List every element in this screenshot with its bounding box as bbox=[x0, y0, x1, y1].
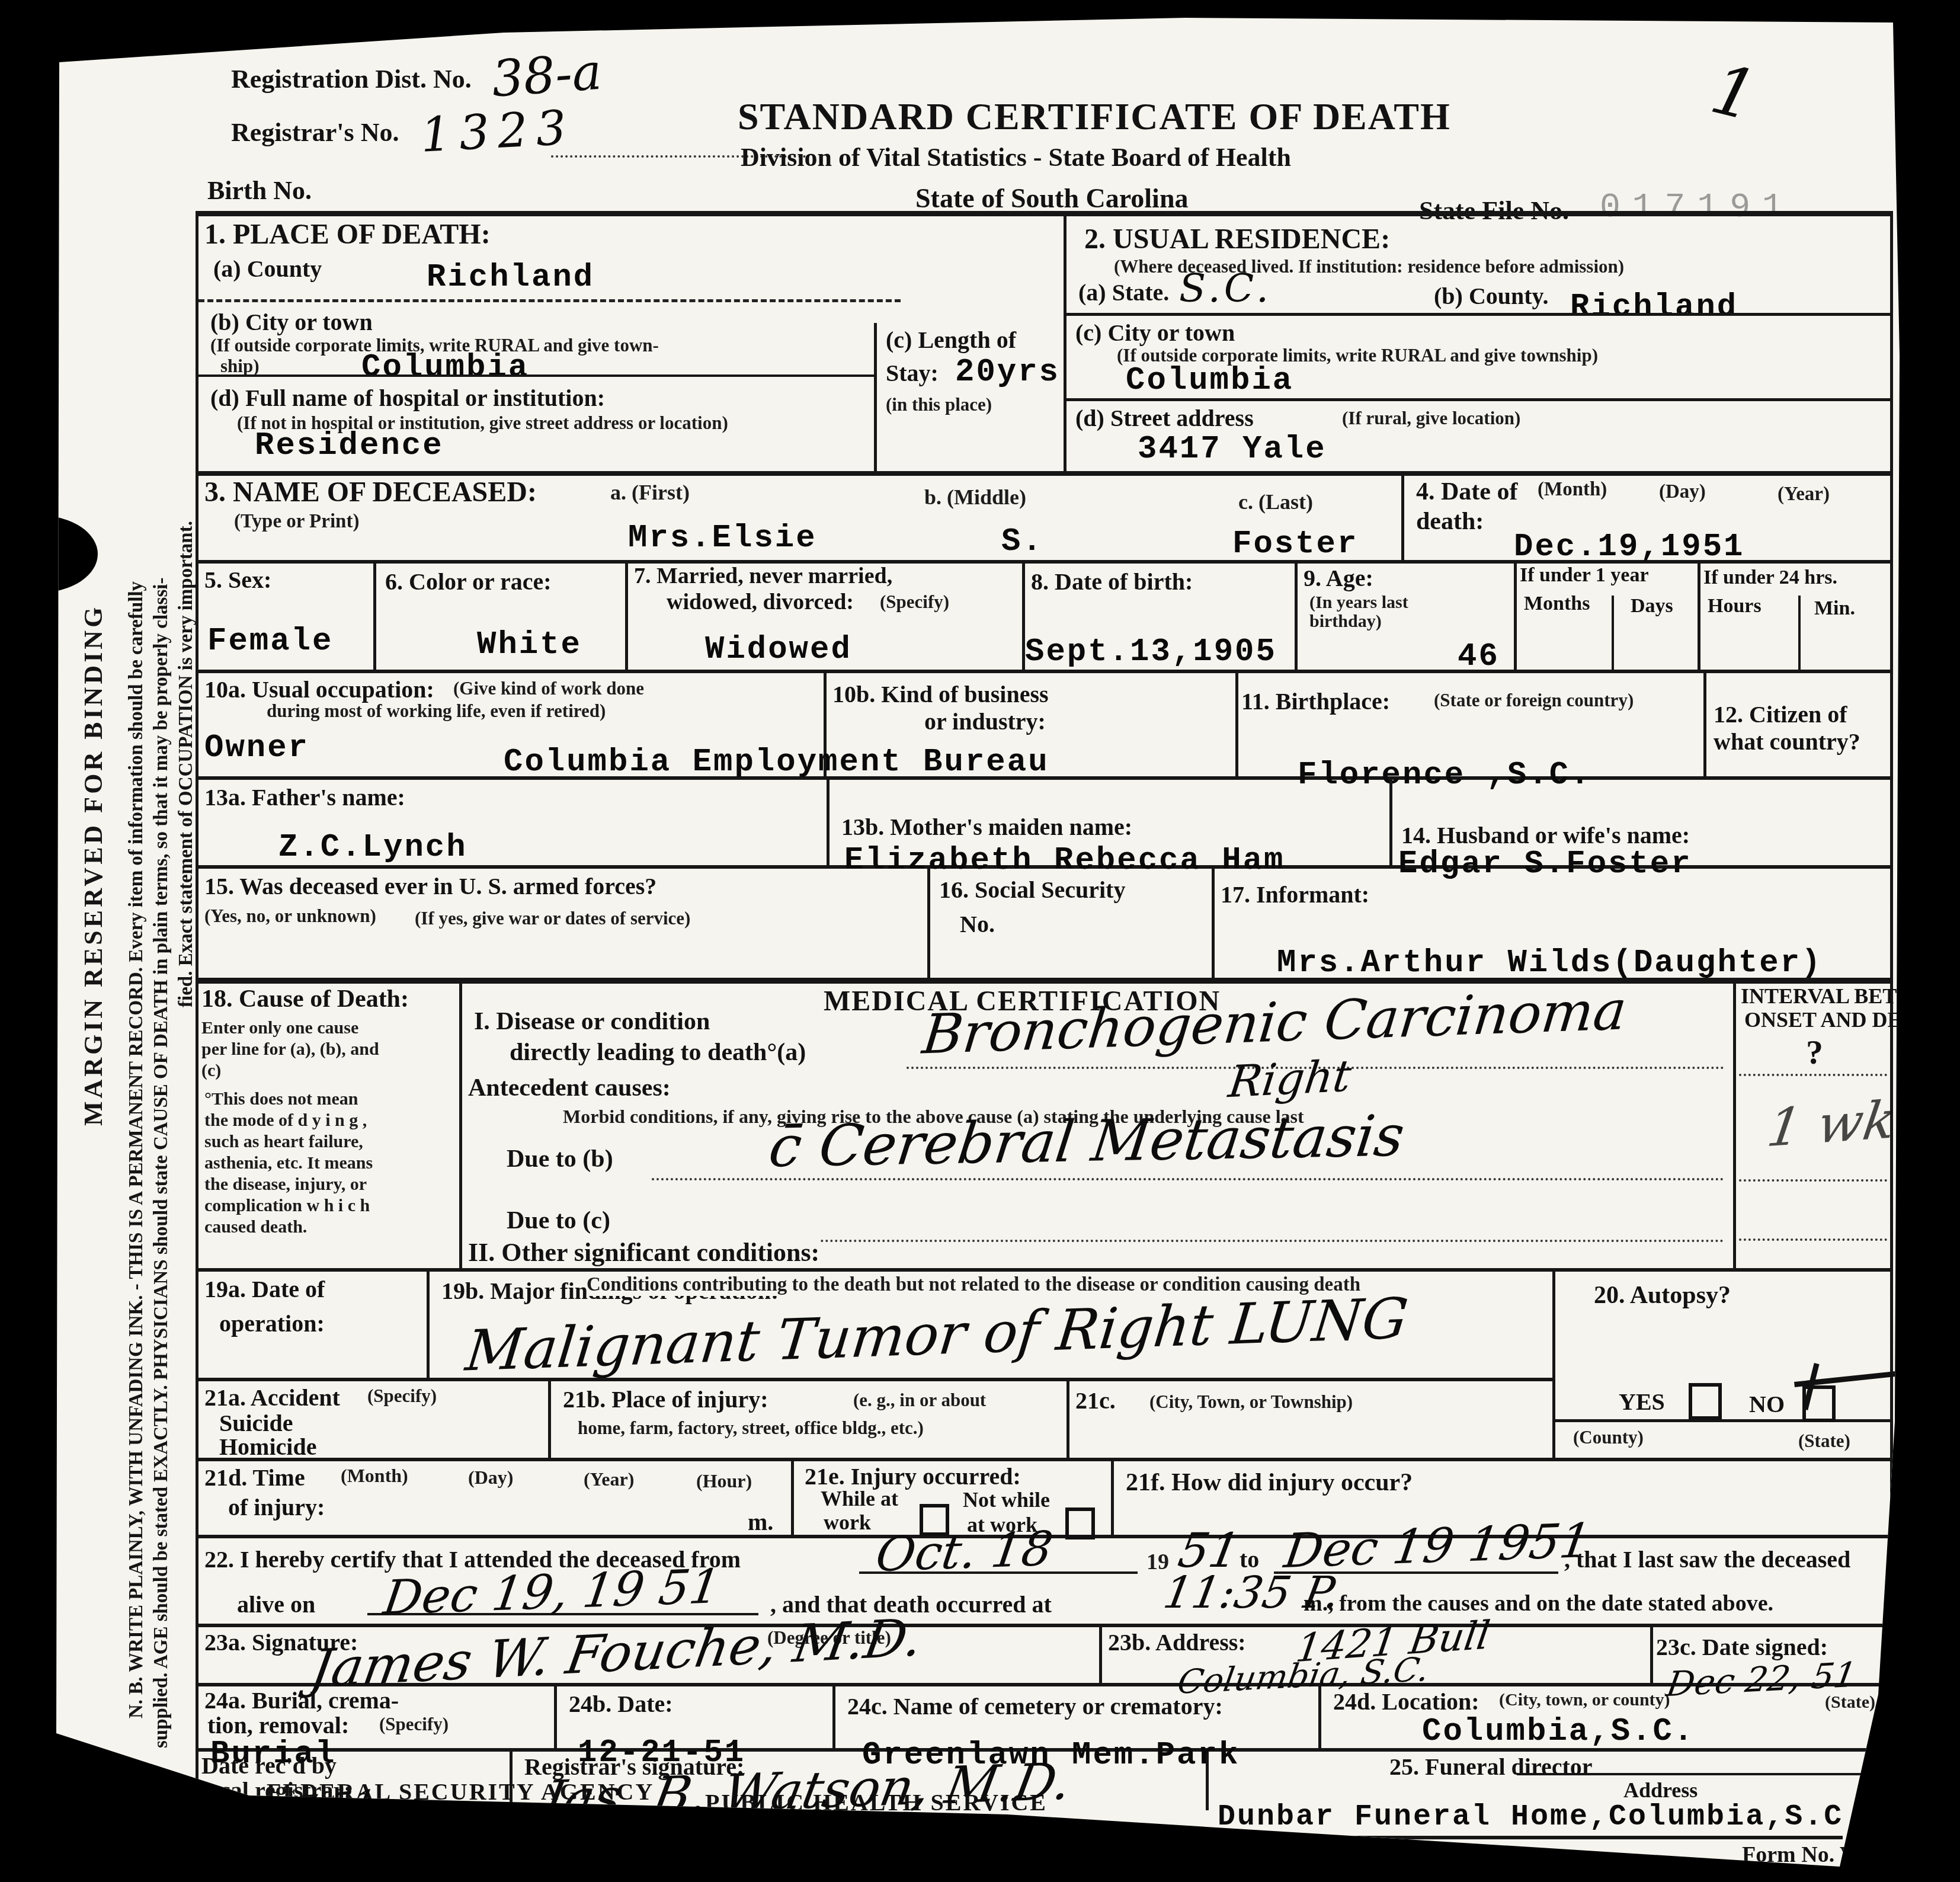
certificate-title: STANDARD CERTIFICATE OF DEATH bbox=[738, 95, 1451, 139]
time-of-injury-hour: (Hour) bbox=[696, 1470, 752, 1492]
name-first-value: Mrs.Elsie bbox=[628, 520, 817, 556]
burial-date-label: 24b. Date: bbox=[569, 1690, 673, 1718]
length-of-stay-label-1: (c) Length of bbox=[886, 326, 1016, 354]
date-of-death-year: (Year) bbox=[1778, 484, 1830, 505]
date-of-operation-label-2: operation: bbox=[219, 1310, 325, 1337]
rule bbox=[1650, 1624, 1653, 1683]
spouse-name-value: Edgar S.Foster bbox=[1398, 846, 1692, 882]
under-1-year-label: If under 1 year bbox=[1520, 564, 1649, 587]
social-security-label-1: 16. Social Security bbox=[939, 876, 1125, 904]
interval-label-1: INTERVAL BETWEEN bbox=[1741, 984, 1960, 1009]
corner-handwritten-mark: 1 bbox=[1703, 49, 1764, 137]
business-label-1: 10b. Kind of business bbox=[832, 680, 1049, 708]
date-of-birth-value: Sept.13,1905 bbox=[1025, 634, 1277, 670]
cause-note-7: asthenia, etc. It means bbox=[204, 1153, 373, 1173]
certify-from-date-handwritten: Oct. 18 bbox=[873, 1521, 1056, 1582]
name-middle-value: S. bbox=[1001, 524, 1043, 560]
rule bbox=[1698, 560, 1700, 670]
hospital-value: Residence bbox=[255, 428, 444, 464]
autopsy-yes-checkbox[interactable] bbox=[1689, 1383, 1722, 1420]
citizen-label-2: what country? bbox=[1714, 728, 1860, 756]
cause-note-6: such as heart failure, bbox=[204, 1132, 363, 1152]
certify-time-handwritten: 11:35 P. bbox=[1160, 1567, 1343, 1618]
date-of-death-month: (Month) bbox=[1538, 479, 1607, 501]
days-label: Days bbox=[1631, 595, 1673, 617]
rule bbox=[1212, 865, 1215, 978]
cause-note-10: caused death. bbox=[204, 1217, 307, 1237]
city-note-2: ship) bbox=[220, 356, 259, 377]
cause-note-8: the disease, injury, or bbox=[204, 1174, 367, 1195]
time-of-injury-day: (Day) bbox=[468, 1467, 513, 1489]
date-of-death-day: (Day) bbox=[1659, 481, 1706, 503]
antecedent-label: Antecedent causes: bbox=[468, 1074, 671, 1102]
residence-county-label: (b) County. bbox=[1434, 282, 1548, 310]
rule bbox=[1295, 560, 1298, 670]
place-of-injury-label: 21b. Place of injury: bbox=[563, 1385, 768, 1413]
occupation-value: Owner bbox=[204, 730, 309, 766]
time-of-injury-m: m. bbox=[748, 1508, 773, 1536]
rule bbox=[1064, 211, 1067, 471]
rule bbox=[791, 1458, 794, 1535]
under-24-hrs-label: If under 24 hrs. bbox=[1703, 566, 1837, 589]
name-last-value: Foster bbox=[1232, 526, 1358, 562]
residence-county-value: Richland bbox=[1570, 289, 1738, 325]
accident-specify-note: (Specify) bbox=[367, 1385, 437, 1407]
sex-value: Female bbox=[207, 623, 333, 660]
due-to-b-value-handwritten: c̄ Cerebral Metastasis bbox=[766, 1103, 1408, 1180]
name-last-label: c. (Last) bbox=[1238, 489, 1313, 514]
marital-note: (Specify) bbox=[880, 591, 949, 613]
business-label-2: or industry: bbox=[924, 708, 1046, 735]
rule bbox=[1215, 1836, 1843, 1839]
mothers-maiden-name-value: Elizabeth Rebecca Ham bbox=[844, 843, 1285, 879]
rule bbox=[1235, 670, 1238, 776]
rule bbox=[196, 471, 1893, 476]
color-race-value: White bbox=[477, 627, 582, 663]
rule bbox=[196, 1458, 1893, 1461]
length-of-stay-label-2: Stay: bbox=[886, 359, 939, 387]
occupation-label: 10a. Usual occupation: bbox=[204, 676, 434, 703]
certify-alive-on: alive on bbox=[237, 1590, 315, 1618]
burial-specify-note: (Specify) bbox=[379, 1714, 449, 1735]
rule bbox=[1514, 560, 1517, 670]
registration-district-label: Registration Dist. No. bbox=[231, 64, 472, 94]
birthplace-note: (State or foreign country) bbox=[1434, 690, 1634, 711]
autopsy-label: 20. Autopsy? bbox=[1594, 1281, 1731, 1310]
other-significant-conditions-label: II. Other significant conditions: bbox=[468, 1237, 819, 1268]
date-of-death-label-2: death: bbox=[1416, 507, 1484, 536]
county-label: (a) County bbox=[213, 255, 322, 283]
marital-label-2: widowed, divorced: bbox=[667, 589, 854, 615]
armed-forces-note-2: (If yes, give war or dates of service) bbox=[415, 908, 690, 929]
occupation-note-1: (Give kind of work done bbox=[453, 678, 644, 699]
while-at-label: While at bbox=[821, 1486, 898, 1511]
rule bbox=[198, 299, 901, 302]
rule bbox=[1739, 1074, 1887, 1076]
cause-note-2: per line for (a), (b), and bbox=[201, 1039, 379, 1060]
burial-location-value: Columbia,S.C. bbox=[1422, 1714, 1695, 1750]
time-of-injury-month: (Month) bbox=[341, 1465, 408, 1487]
color-race-label: 6. Color or race: bbox=[385, 568, 552, 596]
rule bbox=[1703, 670, 1706, 776]
injury-city-note: (City, Town, or Township) bbox=[1149, 1391, 1353, 1413]
residence-state-value: S.C. bbox=[1179, 265, 1272, 311]
not-while-label: Not while bbox=[963, 1487, 1050, 1512]
rule bbox=[1612, 596, 1614, 670]
street-address-value: 3417 Yale bbox=[1138, 431, 1327, 468]
funeral-director-value: Dunbar Funeral Home,Columbia,S.C. bbox=[1218, 1800, 1863, 1834]
length-of-stay-note: (in this place) bbox=[886, 394, 992, 415]
city-value: Columbia bbox=[361, 350, 529, 386]
city-or-town-label: (b) City or town bbox=[210, 308, 373, 336]
birthplace-label: 11. Birthplace: bbox=[1241, 687, 1390, 715]
certify-text-4: m., from the causes and on the date stat… bbox=[1304, 1590, 1773, 1617]
footer-form-number: Form No. VS-5 bbox=[1742, 1842, 1887, 1868]
date-of-death-label-1: 4. Date of bbox=[1416, 478, 1517, 506]
certify-19-printed: 19 bbox=[1146, 1549, 1169, 1575]
min-label: Min. bbox=[1814, 597, 1855, 620]
rule bbox=[554, 1683, 557, 1748]
due-to-c-label: Due to (c) bbox=[507, 1206, 610, 1235]
sex-label: 5. Sex: bbox=[204, 566, 271, 594]
date-of-birth-label: 8. Date of birth: bbox=[1031, 568, 1193, 596]
date-received-handwritten: 12 27 51 bbox=[206, 1781, 379, 1839]
disease-label-1: I. Disease or condition bbox=[474, 1007, 710, 1036]
time-of-injury-label-2: of injury: bbox=[228, 1493, 325, 1521]
rule bbox=[1099, 1624, 1102, 1683]
injury-city-label: 21c. bbox=[1075, 1387, 1116, 1414]
due-to-b-label: Due to (b) bbox=[507, 1145, 613, 1173]
rule bbox=[1389, 776, 1392, 865]
while-at-work-label: work bbox=[824, 1510, 871, 1535]
rule bbox=[198, 375, 874, 377]
certificate-subtitle: Division of Vital Statistics - State Boa… bbox=[741, 142, 1291, 172]
rule bbox=[427, 1268, 430, 1378]
marital-value: Widowed bbox=[705, 632, 852, 668]
date-of-operation-label-1: 19a. Date of bbox=[204, 1275, 325, 1303]
hours-label: Hours bbox=[1708, 595, 1762, 617]
rule bbox=[1890, 211, 1893, 1746]
occupation-note-2: during most of working life, even if ret… bbox=[267, 700, 606, 722]
homicide-label: Homicide bbox=[219, 1433, 316, 1461]
rule bbox=[1067, 1378, 1069, 1458]
state-file-number-stamp: 017191 bbox=[1600, 188, 1795, 227]
social-security-label-2: No. bbox=[960, 910, 995, 938]
funeral-director-label: 25. Funeral director bbox=[1389, 1753, 1593, 1781]
accident-label: 21a. Accident bbox=[204, 1384, 340, 1411]
margin-note-2: supplied. AGE should be stated EXACTLY. … bbox=[150, 578, 172, 1748]
cause-note-3: (c) bbox=[201, 1061, 221, 1081]
rule bbox=[874, 323, 877, 471]
armed-forces-note-1: (Yes, no, or unknown) bbox=[204, 905, 376, 927]
mothers-maiden-name-label: 13b. Mother's maiden name: bbox=[841, 813, 1132, 841]
months-label: Months bbox=[1524, 593, 1590, 615]
not-at-work-checkbox[interactable] bbox=[1065, 1507, 1095, 1539]
rule bbox=[1067, 313, 1890, 316]
age-note-2: birthday) bbox=[1309, 612, 1382, 632]
county-note: (County) bbox=[1573, 1427, 1644, 1448]
burial-location-note-1: (City, town, or county) bbox=[1499, 1690, 1670, 1710]
birth-no-label: Birth No. bbox=[207, 175, 312, 206]
usual-residence-heading: 2. USUAL RESIDENCE: bbox=[1084, 223, 1390, 255]
margin-binding-text: MARGIN RESERVED FOR BINDING bbox=[78, 604, 108, 1126]
rule bbox=[625, 560, 628, 670]
place-of-injury-note-2: home, farm, factory, street, office bldg… bbox=[578, 1417, 924, 1439]
how-injury-occurred-label: 21f. How did injury occur? bbox=[1126, 1468, 1413, 1497]
rule bbox=[1739, 1238, 1887, 1241]
date-of-death-value: Dec.19,1951 bbox=[1514, 529, 1744, 565]
hospital-label: (d) Full name of hospital or institution… bbox=[210, 384, 605, 412]
punch-hole bbox=[0, 516, 98, 593]
burial-value: Burial bbox=[210, 1736, 336, 1772]
residence-state-label: (a) State. bbox=[1078, 279, 1169, 306]
place-of-injury-note-1: (e. g., in or about bbox=[853, 1390, 986, 1411]
rule bbox=[1517, 1773, 1884, 1775]
fathers-name-value: Z.C.Lynch bbox=[278, 830, 467, 866]
rule bbox=[196, 211, 198, 1805]
cause-note-9: complication w h i c h bbox=[204, 1196, 370, 1216]
rule bbox=[373, 560, 376, 670]
street-address-label: (d) Street address bbox=[1075, 404, 1254, 432]
cemetery-label: 24c. Name of cemetery or crematory: bbox=[847, 1692, 1223, 1720]
rule bbox=[1401, 471, 1404, 560]
cause-note-4: °This does not mean bbox=[204, 1089, 358, 1109]
rule bbox=[1739, 1179, 1887, 1182]
name-first-label: a. (First) bbox=[610, 480, 690, 505]
armed-forces-label: 15. Was deceased ever in U. S. armed for… bbox=[204, 872, 656, 900]
disease-side-handwritten: Right bbox=[1226, 1051, 1354, 1108]
birthplace-value: Florence ,S.C. bbox=[1298, 757, 1591, 793]
rule bbox=[832, 1683, 835, 1748]
name-of-deceased-heading: 3. NAME OF DECEASED: bbox=[204, 476, 537, 508]
time-of-injury-year: (Year) bbox=[584, 1468, 634, 1490]
place-of-death-heading: 1. PLACE OF DEATH: bbox=[204, 218, 491, 251]
burial-label-2: tion, removal: bbox=[207, 1711, 349, 1739]
rule bbox=[196, 1378, 1552, 1381]
certificate-state-line: State of South Carolina bbox=[915, 183, 1188, 214]
length-of-stay-value: 20yrs bbox=[955, 354, 1060, 391]
certify-text-2: , that I last saw the deceased bbox=[1564, 1545, 1850, 1573]
interval-question-mark: ? bbox=[1806, 1032, 1823, 1072]
citizen-label-1: 12. Citizen of bbox=[1714, 700, 1847, 728]
residence-city-value: Columbia bbox=[1126, 363, 1293, 399]
informant-value: Mrs.Arthur Wilds(Daughter) bbox=[1277, 945, 1823, 981]
informant-label: 17. Informant: bbox=[1221, 881, 1369, 908]
name-middle-label: b. (Middle) bbox=[924, 485, 1026, 510]
scanned-death-certificate: MARGIN RESERVED FOR BINDING N. B. WRITE … bbox=[0, 0, 1960, 1882]
autopsy-yes-label: YES bbox=[1619, 1388, 1665, 1416]
disease-label-2: directly leading to death°(a) bbox=[510, 1038, 806, 1067]
rule bbox=[1733, 978, 1736, 1268]
fathers-name-label: 13a. Father's name: bbox=[204, 783, 405, 811]
time-of-injury-label-1: 21d. Time bbox=[204, 1464, 305, 1491]
rule bbox=[1111, 1458, 1114, 1535]
marital-label-1: 7. Married, never married, bbox=[634, 563, 892, 589]
rule bbox=[1552, 1268, 1555, 1458]
state-note: (State) bbox=[1798, 1430, 1850, 1452]
residence-city-label: (c) City or town bbox=[1075, 319, 1235, 347]
rule bbox=[1798, 596, 1801, 670]
rule bbox=[196, 211, 1893, 216]
rule bbox=[548, 1378, 551, 1458]
age-label: 9. Age: bbox=[1304, 564, 1373, 592]
cause-note-5: the mode of d y i n g , bbox=[204, 1110, 367, 1131]
registrars-no-label: Registrar's No. bbox=[231, 117, 399, 148]
funeral-director-address-label: Address bbox=[1623, 1778, 1698, 1803]
registration-district-value: 38-a bbox=[490, 43, 604, 108]
rule bbox=[196, 1624, 1893, 1627]
rule bbox=[827, 776, 830, 865]
rule bbox=[459, 978, 462, 1268]
margin-note-3: fied. Exact statement of OCCUPATION is v… bbox=[175, 521, 197, 1007]
business-value: Columbia Employment Bureau bbox=[504, 744, 1049, 780]
interval-label-2: ONSET AND DEATH bbox=[1744, 1007, 1946, 1032]
physician-address-label: 23b. Address: bbox=[1108, 1628, 1246, 1656]
certificate-paper: MARGIN RESERVED FOR BINDING N. B. WRITE … bbox=[0, 0, 1960, 1882]
county-value: Richland bbox=[427, 260, 594, 296]
interval-handwritten-value: 1 wk bbox=[1763, 1089, 1900, 1159]
margin-note-1: N. B. WRITE PLAINLY, WITH UNFADING INK. … bbox=[126, 581, 148, 1718]
age-value: 46 bbox=[1458, 639, 1500, 675]
rule bbox=[927, 865, 930, 978]
registrars-no-value: 1323 bbox=[419, 100, 576, 162]
age-note-1: (In years last bbox=[1309, 593, 1408, 613]
rule bbox=[1067, 398, 1890, 401]
spouse-name-label: 14. Husband or wife's name: bbox=[1401, 821, 1690, 849]
rule bbox=[196, 1268, 1893, 1272]
autopsy-no-label: NO bbox=[1749, 1390, 1785, 1418]
rule bbox=[1552, 1419, 1893, 1422]
street-address-note: (If rural, give location) bbox=[1342, 408, 1520, 429]
cause-of-death-label: 18. Cause of Death: bbox=[201, 985, 409, 1013]
cause-note-1: Enter only one cause bbox=[201, 1018, 358, 1038]
type-or-print-note: (Type or Print) bbox=[234, 511, 359, 533]
